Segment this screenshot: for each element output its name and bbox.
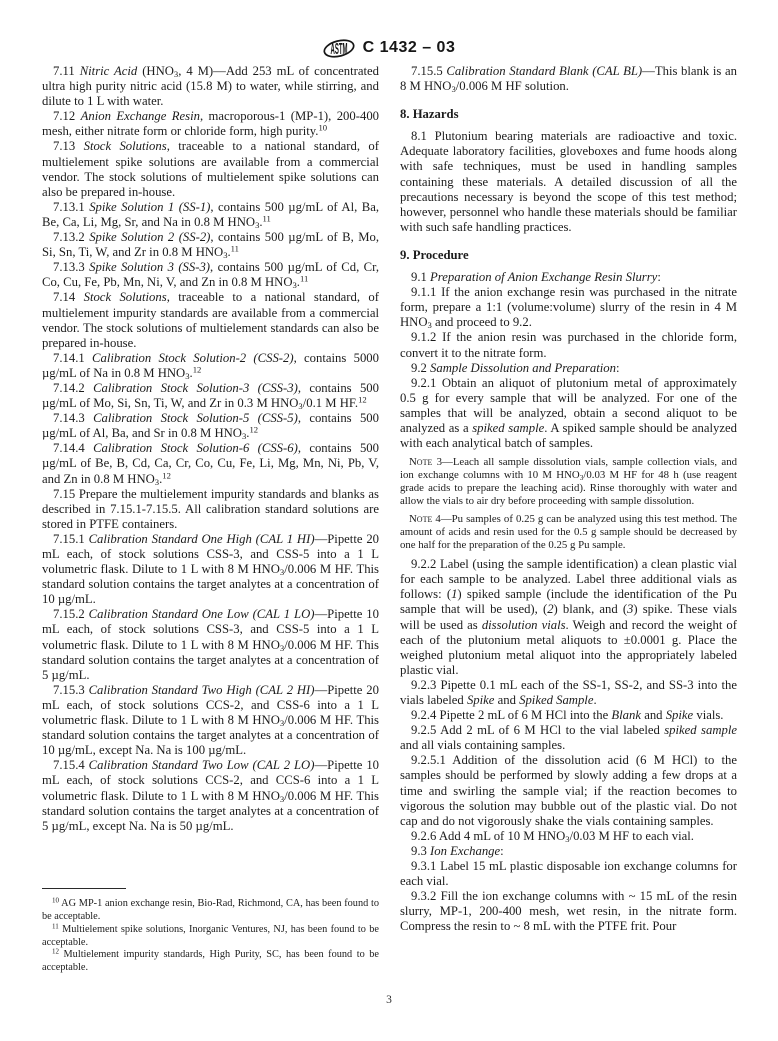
paragraph: 9.2.1 Obtain an aliquot of plutonium met… [400,376,737,451]
paragraph: 7.15.2 Calibration Standard One Low (CAL… [42,607,379,682]
paragraph: 7.13.3 Spike Solution 3 (SS-3), contains… [42,260,379,290]
paragraph: 9.3.2 Fill the ion exchange columns with… [400,889,737,934]
paragraph: 9.3 Ion Exchange: [400,844,737,859]
footnote: 12 Multielement impurity standards, High… [42,949,379,975]
footnote: 10 AG MP-1 anion exchange resin, Bio-Rad… [42,898,379,924]
paragraph: 7.15.1 Calibration Standard One High (CA… [42,532,379,607]
paragraph: 9.2.3 Pipette 0.1 mL each of the SS-1, S… [400,678,737,708]
footnote: 11 Multielement spike solutions, Inorgan… [42,924,379,950]
paragraph: 9.3.1 Label 15 mL plastic disposable ion… [400,859,737,889]
footnotes-section: 10 AG MP-1 anion exchange resin, Bio-Rad… [42,888,379,975]
paragraph: 7.15.3 Calibration Standard Two High (CA… [42,683,379,758]
astm-logo-text: ASTM [330,41,347,58]
note-paragraph: Note 4—Pu samples of 0.25 g can be analy… [400,513,737,552]
paragraph: 7.13.2 Spike Solution 2 (SS-2), contains… [42,230,379,260]
right-column: 7.15.5 Calibration Standard Blank (CAL B… [400,64,737,975]
paragraph: 9.1.2 If the anion resin was purchased i… [400,330,737,360]
paragraph: 7.12 Anion Exchange Resin, macroporous-1… [42,109,379,139]
left-column: 7.11 Nitric Acid (HNO3, 4 M)—Add 253 mL … [42,64,379,975]
page-number: 3 [0,994,778,1006]
paragraph: 7.15.4 Calibration Standard Two Low (CAL… [42,758,379,833]
section-heading: 9. Procedure [400,248,737,263]
paragraph: 7.14.4 Calibration Stock Solution-6 (CSS… [42,441,379,486]
paragraph: 9.1.1 If the anion exchange resin was pu… [400,285,737,330]
paragraph: 9.2.6 Add 4 mL of 10 M HNO3/0.03 M HF to… [400,829,737,844]
right-column-text: 7.15.5 Calibration Standard Blank (CAL B… [400,64,737,935]
paragraph: 9.2.5 Add 2 mL of 6 M HCl to the vial la… [400,723,737,753]
paragraph: 7.15 Prepare the multielement impurity s… [42,487,379,532]
paragraph: 7.15.5 Calibration Standard Blank (CAL B… [400,64,737,94]
paragraph: 7.13.1 Spike Solution 1 (SS-1), contains… [42,200,379,230]
paragraph: 7.11 Nitric Acid (HNO3, 4 M)—Add 253 mL … [42,64,379,109]
astm-logo-icon: ASTM [323,34,355,62]
footnote-rule [42,888,126,889]
section-heading: 8. Hazards [400,107,737,122]
paragraph: 7.14.3 Calibration Stock Solution-5 (CSS… [42,411,379,441]
paragraph: 7.13 Stock Solutions, traceable to a nat… [42,139,379,199]
paragraph: 9.1 Preparation of Anion Exchange Resin … [400,270,737,285]
note-paragraph: Note 3—Leach all sample dissolution vial… [400,456,737,508]
paragraph: 7.14.2 Calibration Stock Solution-3 (CSS… [42,381,379,411]
page-header: ASTM C 1432 – 03 [0,34,778,62]
footnotes-text: 10 AG MP-1 anion exchange resin, Bio-Rad… [42,898,379,975]
paragraph: 9.2.4 Pipette 2 mL of 6 M HCl into the B… [400,708,737,723]
paragraph: 8.1 Plutonium bearing materials are radi… [400,129,737,235]
document-page: ASTM C 1432 – 03 7.11 Nitric Acid (HNO3,… [0,0,778,1041]
paragraph: 9.2 Sample Dissolution and Preparation: [400,361,737,376]
paragraph: 9.2.5.1 Addition of the dissolution acid… [400,753,737,828]
standard-designation: C 1432 – 03 [363,39,456,57]
paragraph: 7.14 Stock Solutions, traceable to a nat… [42,290,379,350]
left-column-text: 7.11 Nitric Acid (HNO3, 4 M)—Add 253 mL … [42,64,379,834]
page-body: 7.11 Nitric Acid (HNO3, 4 M)—Add 253 mL … [42,64,737,975]
column-spacer [42,834,379,888]
paragraph: 9.2.2 Label (using the sample identifica… [400,557,737,678]
paragraph: 7.14.1 Calibration Stock Solution-2 (CSS… [42,351,379,381]
